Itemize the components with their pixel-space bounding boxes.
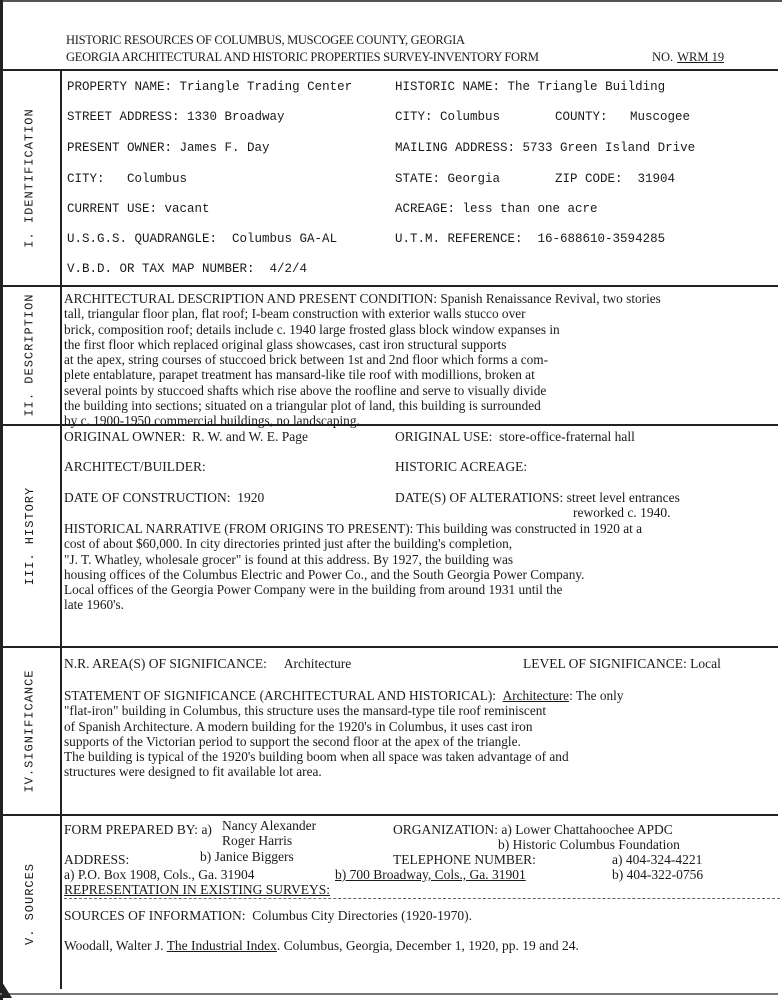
present-owner-field: PRESENT OWNER: James F. Day — [67, 141, 270, 155]
historical-narrative: HISTORICAL NARRATIVE (FROM ORIGINS TO PR… — [64, 521, 780, 613]
current-use-value: vacant — [165, 202, 210, 216]
telephone-b: b) 404-322-0756 — [612, 867, 703, 883]
narrative-heading: HISTORICAL NARRATIVE (FROM ORIGINS TO PR… — [64, 521, 413, 536]
section-label-description: II. DESCRIPTION — [10, 286, 50, 424]
acreage-value: less than one acre — [463, 202, 598, 216]
property-name-field: PROPERTY NAME: Triangle Trading Center — [67, 80, 352, 94]
street-address-value: 1330 Broadway — [187, 110, 285, 124]
form-number-label: NO. — [652, 50, 673, 64]
quadrangle-field: U.S.G.S. QUADRANGLE: Columbus GA-AL — [67, 232, 337, 246]
acreage-field: ACREAGE: less than one acre — [395, 202, 598, 216]
address-a: a) P.O. Box 1908, Cols., Ga. 31904 — [64, 867, 255, 883]
owner-city-value: Columbus — [127, 172, 187, 186]
divider-bottom — [0, 993, 778, 995]
representation-label: REPRESENTATION IN EXISTING SURVEYS: — [64, 882, 330, 898]
statement-of-significance: STATEMENT OF SIGNIFICANCE (ARCHITECTURAL… — [64, 688, 780, 780]
level-of-significance-field: LEVEL OF SIGNIFICANCE: Local — [523, 656, 721, 672]
divider-header — [0, 69, 778, 71]
divider-identification — [0, 285, 778, 287]
telephone-a: a) 404-324-4221 — [612, 852, 702, 868]
original-owner-value: R. W. and W. E. Page — [192, 429, 308, 444]
historic-name-field: HISTORIC NAME: The Triangle Building — [395, 80, 665, 94]
address-b: b) 700 Broadway, Cols., Ga. 31901 — [335, 867, 526, 883]
historic-acreage-field: HISTORIC ACREAGE: — [395, 459, 527, 475]
preparer-b: b) Janice Biggers — [200, 849, 294, 865]
state-value: Georgia — [448, 172, 501, 186]
mailing-address-value: 5733 Green Island Drive — [523, 141, 696, 155]
section-label-sources: V. SOURCES — [10, 815, 50, 993]
form-title-line2: GEORGIA ARCHITECTURAL AND HISTORIC PROPE… — [66, 50, 539, 65]
preparer-a-1: Nancy Alexander — [222, 818, 316, 834]
owner-city-field: CITY: Columbus — [67, 172, 187, 186]
street-address-field: STREET ADDRESS: 1330 Broadway — [67, 110, 285, 124]
tax-map-value: 4/2/4 — [270, 262, 308, 276]
quadrangle-value: Columbus GA-AL — [232, 232, 337, 246]
sources-of-information: SOURCES OF INFORMATION: Columbus City Di… — [64, 908, 472, 924]
level-of-significance-value: Local — [690, 656, 721, 671]
organization-b: b) Historic Columbus Foundation — [498, 837, 680, 853]
zip-field: ZIP CODE: 31904 — [555, 172, 675, 186]
organization-field: ORGANIZATION: a) Lower Chattahoochee APD… — [393, 822, 673, 838]
page-border-top — [0, 0, 782, 2]
county-value: Muscogee — [630, 110, 690, 124]
area-of-significance-value: Architecture — [284, 656, 351, 671]
telephone-label: TELEPHONE NUMBER: — [393, 852, 536, 868]
tax-map-field: V.B.D. OR TAX MAP NUMBER: 4/2/4 — [67, 262, 307, 276]
architect-field: ARCHITECT/BUILDER: — [64, 459, 206, 475]
original-use-field: ORIGINAL USE: store-office-fraternal hal… — [395, 429, 635, 445]
section-label-identification: I. IDENTIFICATION — [10, 70, 50, 285]
area-of-significance-field: N.R. AREA(S) OF SIGNIFICANCE: Architectu… — [64, 656, 351, 672]
date-alterations-value: street level entrances — [567, 490, 680, 505]
date-construction-field: DATE OF CONSTRUCTION: 1920 — [64, 490, 264, 506]
historic-name-value: The Triangle Building — [508, 80, 666, 94]
page-border-left — [0, 0, 3, 1000]
state-field: STATE: Georgia — [395, 172, 500, 186]
address-label: ADDRESS: — [64, 852, 129, 868]
divider-history — [0, 646, 778, 648]
zip-value: 31904 — [638, 172, 676, 186]
city-field: CITY: Columbus — [395, 110, 500, 124]
utm-field: U.T.M. REFERENCE: 16-688610-3594285 — [395, 232, 665, 246]
section-label-significance: IV.SIGNIFICANCE — [10, 647, 50, 814]
county-field: COUNTY: Muscogee — [555, 110, 690, 124]
city-value: Columbus — [440, 110, 500, 124]
statement-heading: STATEMENT OF SIGNIFICANCE (ARCHITECTURAL… — [64, 688, 496, 703]
date-alterations-value-line2: reworked c. 1940. — [573, 505, 670, 521]
present-owner-value: James F. Day — [180, 141, 270, 155]
scan-corner-mark — [2, 982, 12, 998]
property-name-value: Triangle Trading Center — [180, 80, 353, 94]
form-number-value: WRM 19 — [677, 50, 724, 64]
original-use-value: store-office-fraternal hall — [499, 429, 635, 444]
utm-value: 16-688610-3594285 — [538, 232, 666, 246]
form-title-line1: HISTORIC RESOURCES OF COLUMBUS, MUSCOGEE… — [66, 33, 465, 48]
current-use-field: CURRENT USE: vacant — [67, 202, 210, 216]
mailing-address-field: MAILING ADDRESS: 5733 Green Island Drive — [395, 141, 695, 155]
architectural-description: ARCHITECTURAL DESCRIPTION AND PRESENT CO… — [64, 291, 780, 429]
representation-line — [64, 898, 780, 899]
form-number: NO.WRM 19 — [652, 50, 724, 65]
original-owner-field: ORIGINAL OWNER: R. W. and W. E. Page — [64, 429, 308, 445]
source-citation: Woodall, Walter J. The Industrial Index.… — [64, 938, 579, 954]
preparer-a-2: Roger Harris — [222, 833, 292, 849]
section-label-column-divider — [60, 69, 62, 989]
date-construction-value: 1920 — [237, 490, 264, 505]
divider-significance — [0, 814, 778, 816]
date-alterations-field: DATE(S) OF ALTERATIONS: street level ent… — [395, 490, 680, 506]
section-label-history: III. HISTORY — [10, 425, 50, 646]
statement-subhead: Architecture — [503, 688, 569, 703]
prepared-by-field: FORM PREPARED BY: a) — [64, 822, 212, 838]
organization-a: a) Lower Chattahoochee APDC — [501, 822, 672, 837]
description-heading: ARCHITECTURAL DESCRIPTION AND PRESENT CO… — [64, 291, 437, 306]
